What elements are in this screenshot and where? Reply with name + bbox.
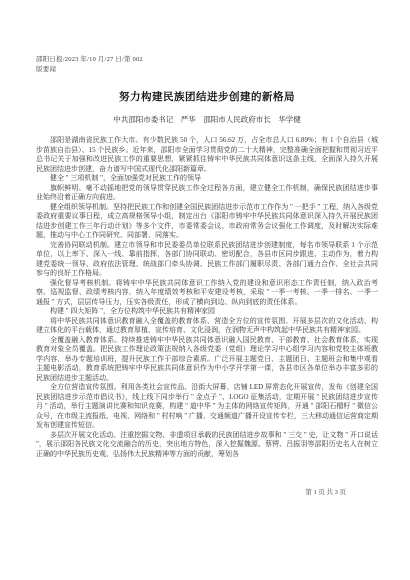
body-paragraph: 多层次开展文化活动。注重挖掘文物、非遗项目承载的民族团结进步故事和 " 三交 "… bbox=[36, 431, 378, 460]
article-body: 邵阳是湖南省民族工作大市。有少数民族 50 个，人口 56.62 万，占全市总人… bbox=[36, 136, 378, 459]
page-number: 第 1 页 共 3 页 bbox=[305, 487, 346, 496]
body-paragraph: 完善协同联动机制。建立市领导和市民委委员单位联系民族团结进步创建制度，每名市领导… bbox=[36, 241, 378, 279]
document-page: 邵阳日报/2023 年/10 月/27 日/第 002 版要闻 努力构建民族团结… bbox=[36, 55, 378, 459]
body-paragraph: 邵阳是湖南省民族工作大市。有少数民族 50 个，人口 56.62 万，占全市总人… bbox=[36, 136, 378, 174]
body-paragraph: 旗帜鲜明、毫不动摇地把党的领导贯穿民族工作全过程各方面，建立健全工作机制，确保民… bbox=[36, 184, 378, 203]
body-paragraph: 全覆盖融入教育体系。持续推进铸牢中华民族共同体意识融入国民教育、干部教育、社会教… bbox=[36, 336, 378, 384]
body-paragraph: 强化督导考核机制。将铸牢中华民族共同体意识工作纳入党的建设和意识形态工作责任制，… bbox=[36, 279, 378, 308]
article-byline: 中共邵阳市委书记 严华 邵阳市人民政府市长 华学健 bbox=[36, 114, 378, 125]
body-paragraph: 构建 " 四大矩阵 "，全方位构筑中华民族共有精神家园 bbox=[36, 307, 378, 317]
body-paragraph: 将中华民族共同体意识教育融入全覆盖的教育体系、营造全方位的宣传氛围、开展多层次的… bbox=[36, 317, 378, 336]
document-meta: 邵阳日报/2023 年/10 月/27 日/第 002 版要闻 bbox=[36, 55, 378, 74]
article-title: 努力构建民族团结进步创建的新格局 bbox=[36, 89, 378, 104]
source-date-line: 邵阳日报/2023 年/10 月/27 日/第 002 bbox=[36, 55, 378, 65]
body-paragraph: 健全组织领导机制。坚持把民族工作和创建全国民族团结进步示范市工作作为 " 一把手… bbox=[36, 203, 378, 241]
body-paragraph: 全方位营造宣传氛围。利用各类社会宣传品、沿街大屏幕、店铺 LED 屏常态化开展宣… bbox=[36, 383, 378, 431]
section-line: 版要闻 bbox=[36, 65, 378, 75]
body-paragraph: 健全 " 三项机制 "，全面加强党对民族工作的领导 bbox=[36, 174, 378, 184]
